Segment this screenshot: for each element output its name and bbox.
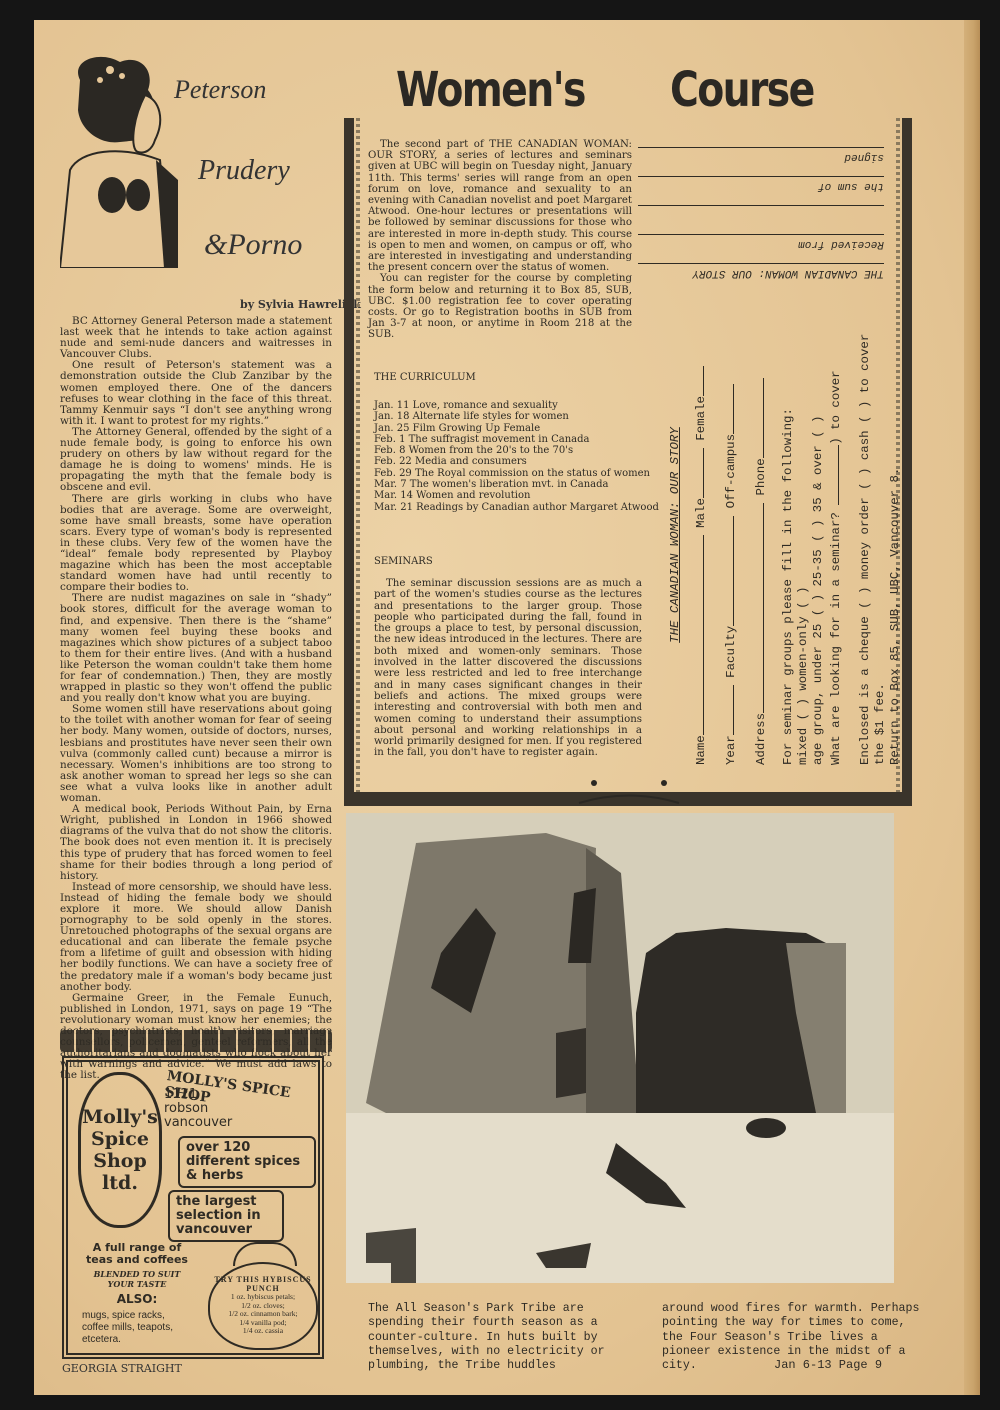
- intro-paragraph: You can register for the course by compl…: [368, 273, 632, 340]
- teapot-icon: TRY THIS HYBISCUS PUNCH 1 oz. hybiscus p…: [208, 1262, 318, 1350]
- sum-label: the sum of: [818, 180, 884, 192]
- tribe-hut-photo: [346, 813, 894, 1283]
- looking-field[interactable]: [826, 445, 839, 505]
- male-field[interactable]: [691, 448, 704, 498]
- ad-also-label: ALSO:: [82, 1292, 192, 1306]
- curriculum-item: Feb. 29 The Royal commission on the stat…: [374, 468, 664, 479]
- curriculum-item: Feb. 1 The suffragist movement in Canada: [374, 434, 664, 445]
- signed-field[interactable]: signed: [638, 147, 884, 176]
- off-campus-label: Off-campus: [724, 434, 738, 508]
- phone-field[interactable]: [751, 378, 764, 458]
- address-row: Address Phone: [751, 305, 769, 765]
- receipt-title-field[interactable]: THE CANADIAN WOMAN: OUR STORY: [638, 263, 884, 292]
- ad-teas-block: A full range of teas and coffees BLENDED…: [82, 1242, 192, 1346]
- male-label: Male: [694, 498, 708, 528]
- moon-ornament-icon: [574, 758, 684, 808]
- return-address: Return to Box 85, SUB, UBC, Vancouver 8.: [888, 305, 903, 765]
- fee-text: the $1 fee.: [873, 305, 888, 765]
- byline: by Sylvia Hawreliak: [240, 298, 361, 311]
- article-title-line-1: Peterson: [174, 75, 266, 105]
- article-title-line-2: Prudery: [198, 155, 290, 187]
- received-from-label: Received from: [798, 238, 884, 250]
- curriculum-item: Feb. 8 Women from the 20's to the 70's: [374, 445, 664, 456]
- article-paragraph: There are nudist magazines on sale in “s…: [60, 593, 332, 704]
- article-paragraph: Instead of more censorship, we should ha…: [60, 882, 332, 993]
- ad-address-line: vancouver: [164, 1116, 232, 1130]
- off-campus-field[interactable]: [721, 384, 734, 434]
- ad-selection-box: the largest selection in vancouver: [168, 1190, 284, 1242]
- seminar-prompt: For seminar groups please fill in the fo…: [781, 305, 796, 765]
- article-paragraph: BC Attorney General Peterson made a stat…: [60, 316, 332, 360]
- course-headline-right: Course: [670, 62, 814, 118]
- seminars-heading: SEMINARS: [374, 556, 433, 567]
- course-headline-left: Women's: [396, 62, 585, 118]
- address-field[interactable]: [751, 503, 764, 713]
- year-row: Year Faculty Off-campus: [721, 305, 739, 765]
- article-paragraph: Some women still have reservations about…: [60, 704, 332, 804]
- woman-illustration-icon: [60, 50, 190, 268]
- name-label: Name: [694, 735, 708, 765]
- curriculum-list: Jan. 11 Love, romance and sexuality Jan.…: [374, 400, 664, 513]
- seminar-type-options[interactable]: mixed ( ) women-only ( ): [796, 305, 811, 765]
- name-field[interactable]: [691, 535, 704, 735]
- faculty-field[interactable]: [721, 516, 734, 626]
- article-title-line-3: &Porno: [204, 228, 302, 262]
- publication-name: GEORGIA STRAIGHT: [62, 1362, 182, 1375]
- sum-field[interactable]: the sum of: [638, 176, 884, 205]
- curriculum-item: Mar. 14 Women and revolution: [374, 490, 664, 501]
- ad-also-items: mugs, spice racks, coffee mills, teapots…: [82, 1310, 192, 1346]
- female-label: Female: [694, 396, 708, 441]
- course-intro: The second part of THE CANADIAN WOMAN: O…: [368, 139, 632, 341]
- article-paragraph: A medical book, Periods Without Pain, by…: [60, 804, 332, 882]
- age-group-options[interactable]: age group, under 25 ( ) 25-35 ( ) 35 & o…: [811, 305, 826, 765]
- ad-address-line: 1121: [164, 1088, 232, 1102]
- female-field[interactable]: [691, 366, 704, 396]
- curriculum-item: Jan. 25 Film Growing Up Female: [374, 423, 664, 434]
- page-folio: Jan 6-13 Page 9: [774, 1358, 882, 1372]
- phone-label: Phone: [754, 458, 768, 495]
- curriculum-item: Jan. 11 Love, romance and sexuality: [374, 400, 664, 411]
- receipt-title: THE CANADIAN WOMAN: OUR STORY: [693, 267, 884, 279]
- ad-teas-text: A full range of teas and coffees: [82, 1242, 192, 1266]
- ad-logo: Molly's Spice Shop ltd.: [78, 1072, 162, 1228]
- page-edge: [964, 20, 980, 1395]
- article-paragraph: The Attorney General, offended by the si…: [60, 427, 332, 494]
- ad-blended-text: BLENDED TO SUIT YOUR TASTE: [82, 1269, 192, 1289]
- looking-label: What are looking for in a seminar?: [829, 512, 843, 765]
- photo-caption-left: The All Season's Park Tribe are spending…: [368, 1302, 638, 1373]
- to-cover-text: ) to cover: [829, 370, 843, 444]
- ad-spices-box: over 120 different spices & herbs: [178, 1136, 316, 1188]
- seminars-body: The seminar discussion sessions are as m…: [374, 578, 642, 759]
- year-label: Year: [724, 735, 738, 765]
- registration-form: THE CANADIAN WOMAN: OUR STORY Name Male …: [668, 305, 888, 765]
- curriculum-item: Mar. 7 The women's liberation mvt. in Ca…: [374, 479, 664, 490]
- receipt-slip: THE CANADIAN WOMAN: OUR STORY Received f…: [638, 136, 884, 292]
- intro-paragraph: The second part of THE CANADIAN WOMAN: O…: [368, 139, 632, 273]
- curriculum-item: Jan. 18 Alternate life styles for women: [374, 411, 664, 422]
- seminars-paragraph: The seminar discussion sessions are as m…: [374, 578, 642, 759]
- article-paragraph: There are girls working in clubs who hav…: [60, 494, 332, 594]
- received-from-field[interactable]: Received from: [638, 234, 884, 263]
- signed-label: signed: [844, 151, 884, 163]
- year-field[interactable]: [721, 685, 734, 735]
- blank-line-field[interactable]: [638, 205, 884, 234]
- newspaper-page: Peterson Prudery &Porno by Sylvia Hawrel…: [34, 20, 980, 1395]
- faculty-label: Faculty: [724, 626, 738, 678]
- curriculum-item: Feb. 22 Media and consumers: [374, 456, 664, 467]
- address-label: Address: [754, 713, 768, 765]
- curriculum-item: Mar. 21 Readings by Canadian author Marg…: [374, 502, 664, 513]
- name-row: Name Male Female: [691, 305, 709, 765]
- ad-address: 1121 robson vancouver: [164, 1088, 232, 1130]
- spice-shop-ad: Molly's Spice Shop ltd. MOLLY'S SPICE SH…: [62, 1056, 324, 1359]
- curriculum-heading: THE CURRICULUM: [374, 372, 476, 383]
- form-title: THE CANADIAN WOMAN: OUR STORY: [668, 305, 683, 765]
- recipe-line: 1/4 oz. cassia: [210, 1327, 316, 1336]
- ad-ornament-border: [60, 1030, 332, 1052]
- recipe-title: TRY THIS HYBISCUS PUNCH: [210, 1276, 316, 1293]
- seminar-looking-for[interactable]: What are looking for in a seminar? ) to …: [826, 305, 844, 765]
- article-paragraph: One result of Peterson's statement was a…: [60, 360, 332, 427]
- payment-options[interactable]: Enclosed is a cheque ( ) money order ( )…: [858, 305, 873, 765]
- ad-address-line: robson: [164, 1102, 232, 1116]
- article-body: BC Attorney General Peterson made a stat…: [60, 316, 332, 1081]
